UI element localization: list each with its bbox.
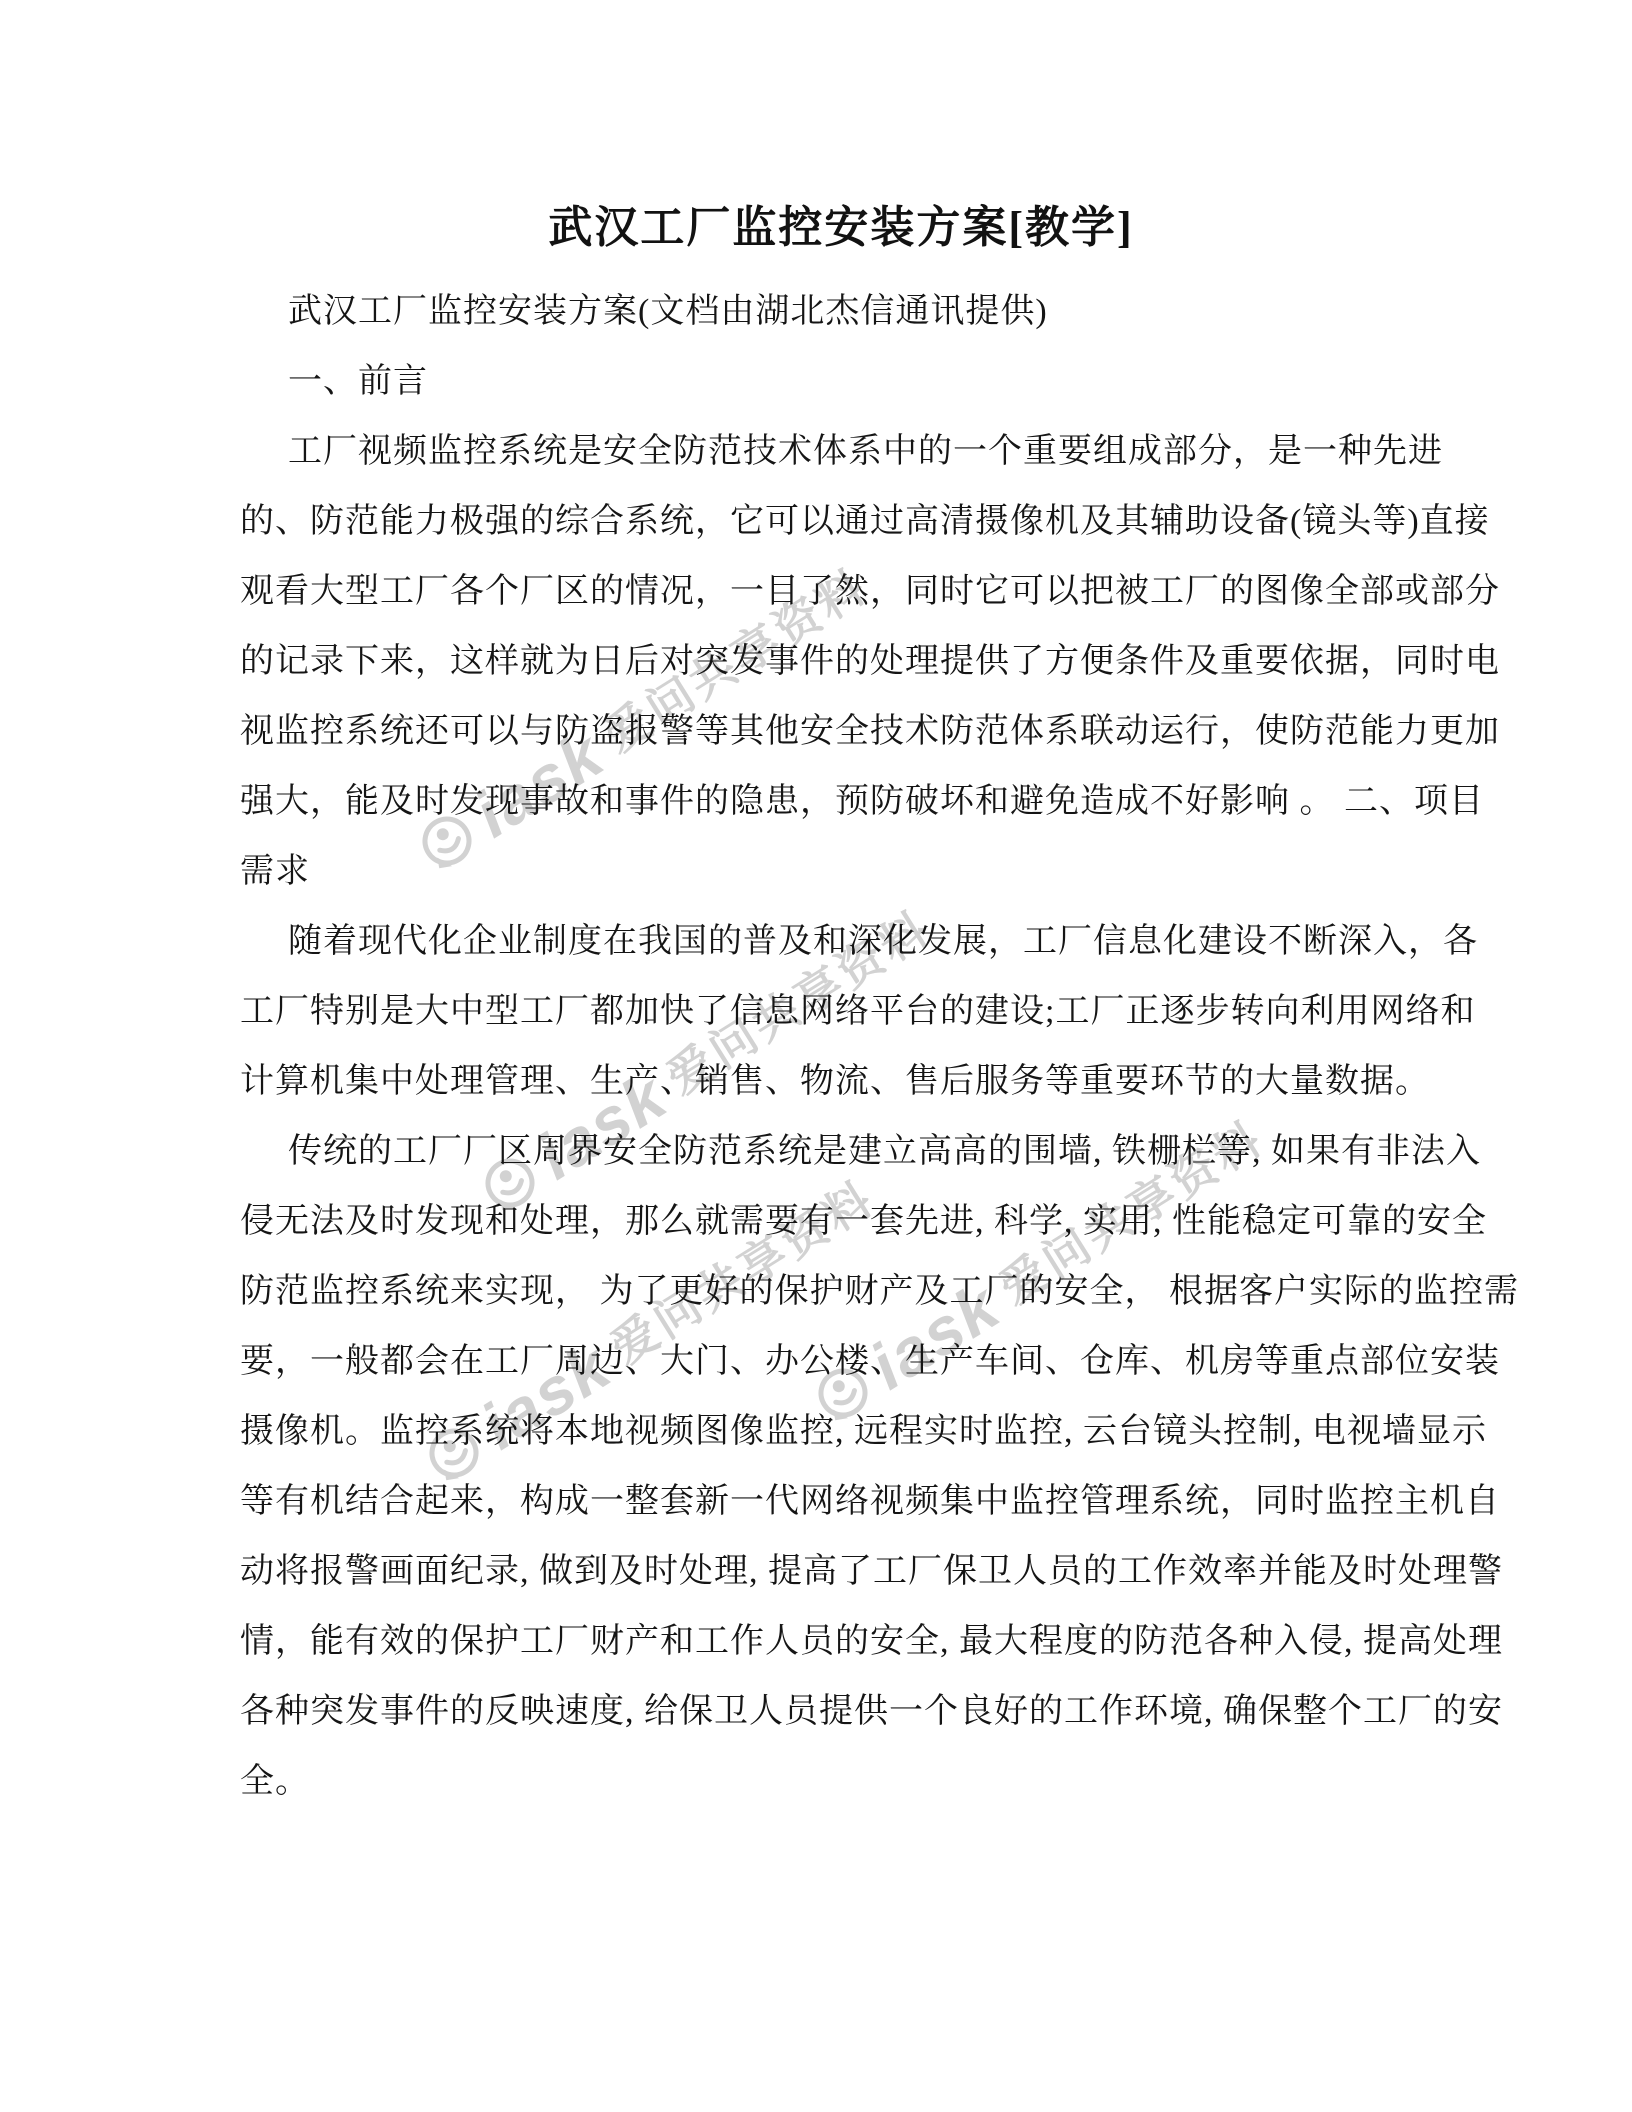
doc-line: 传统的工厂厂区周界安全防范系统是建立高高的围墙, 铁栅栏等, 如果有非法入 <box>240 1117 1500 1187</box>
doc-line: 侵无法及时发现和处理，那么就需要有一套先进, 科学, 实用, 性能稳定可靠的安全 <box>240 1187 1500 1257</box>
doc-line: 工厂特别是大中型工厂都加快了信息网络平台的建设;工厂正逐步转向利用网络和 <box>240 977 1500 1047</box>
doc-line: 摄像机。监控系统将本地视频图像监控, 远程实时监控, 云台镜头控制, 电视墙显示 <box>240 1397 1500 1467</box>
doc-line: 全。 <box>240 1747 1500 1817</box>
doc-line: 武汉工厂监控安装方案(文档由湖北杰信通讯提供) <box>240 277 1500 347</box>
doc-line: 强大，能及时发现事故和事件的隐患，预防破坏和避免造成不好影响 。 二、项目 <box>240 767 1500 837</box>
doc-line: 动将报警画面纪录, 做到及时处理, 提高了工厂保卫人员的工作效率并能及时处理警 <box>240 1537 1500 1607</box>
doc-line: 观看大型工厂各个厂区的情况，一目了然，同时它可以把被工厂的图像全部或部分 <box>240 557 1500 627</box>
doc-line: 要，一般都会在工厂周边、大门、办公楼、生产车间、仓库、机房等重点部位安装 <box>240 1327 1500 1397</box>
doc-line: 情，能有效的保护工厂财产和工作人员的安全, 最大程度的防范各种入侵, 提高处理 <box>240 1607 1500 1677</box>
document-body: 武汉工厂监控安装方案(文档由湖北杰信通讯提供) 一、前言 工厂视频监控系统是安全… <box>240 277 1500 1817</box>
document-page: iask 爱问共享资料 iask 爱问共享资料 iask 爱问共享资料 <box>0 0 1632 2112</box>
doc-line: 等有机结合起来，构成一整套新一代网络视频集中监控管理系统，同时监控主机自 <box>240 1467 1500 1537</box>
document-content: 武汉工厂监控安装方案[教学] 武汉工厂监控安装方案(文档由湖北杰信通讯提供) 一… <box>0 0 1632 2112</box>
doc-line: 的记录下来，这样就为日后对突发事件的处理提供了方便条件及重要依据，同时电 <box>240 627 1500 697</box>
page-title: 武汉工厂监控安装方案[教学] <box>0 198 1632 258</box>
doc-line: 工厂视频监控系统是安全防范技术体系中的一个重要组成部分，是一种先进 <box>240 417 1500 487</box>
doc-line: 需求 <box>240 837 1500 907</box>
doc-line: 计算机集中处理管理、生产、销售、物流、售后服务等重要环节的大量数据。 <box>240 1047 1500 1117</box>
doc-line: 各种突发事件的反映速度, 给保卫人员提供一个良好的工作环境, 确保整个工厂的安 <box>240 1677 1500 1747</box>
doc-line: 一、前言 <box>240 347 1500 417</box>
doc-line: 随着现代化企业制度在我国的普及和深化发展，工厂信息化建设不断深入，各 <box>240 907 1500 977</box>
doc-line: 视监控系统还可以与防盗报警等其他安全技术防范体系联动运行，使防范能力更加 <box>240 697 1500 767</box>
doc-line: 防范监控系统来实现， 为了更好的保护财产及工厂的安全， 根据客户实际的监控需 <box>240 1257 1500 1327</box>
doc-line: 的、防范能力极强的综合系统，它可以通过高清摄像机及其辅助设备(镜头等)直接 <box>240 487 1500 557</box>
